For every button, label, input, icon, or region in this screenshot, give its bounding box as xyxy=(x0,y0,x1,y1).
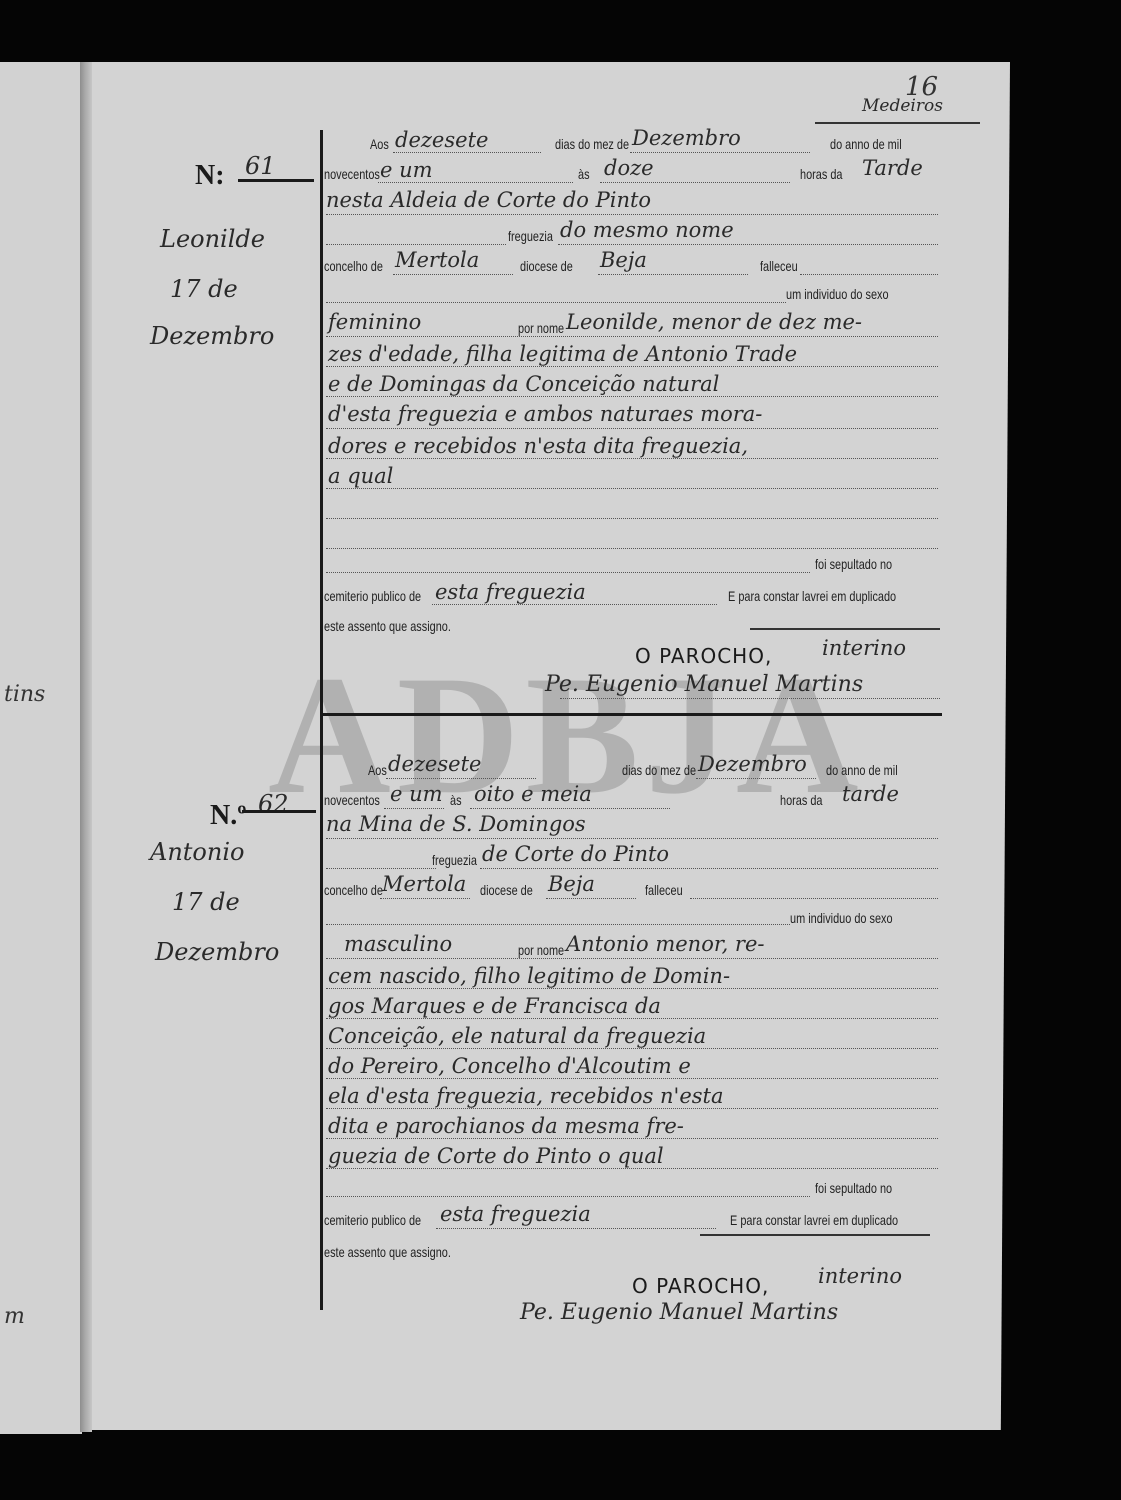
label-anno: do anno de mil xyxy=(826,762,898,778)
priest-signature: Pe. Eugenio Manuel Martins xyxy=(545,672,863,697)
record-text-line: Conceição, ele natural da freguezia xyxy=(328,1024,706,1048)
dotted-line xyxy=(326,396,938,397)
dotted-line xyxy=(326,838,938,839)
label-concelho: concelho de xyxy=(324,258,383,274)
label-sepultado: foi sepultado no xyxy=(815,556,892,572)
label-assento: este assento que assigno. xyxy=(324,618,451,634)
parish-value: do mesmo nome xyxy=(560,218,734,242)
dotted-line xyxy=(800,274,938,275)
dotted-line xyxy=(326,302,786,303)
label-individuo: um individuo do sexo xyxy=(786,286,889,302)
label-por-nome: por nome xyxy=(518,320,564,336)
label-cemiterio: cemiterio publico de xyxy=(324,1212,421,1228)
hour-value: oito e meia xyxy=(474,782,592,806)
sex-value: masculino xyxy=(344,932,452,956)
margin-month: Dezembro xyxy=(150,322,274,350)
record-text-line: cem nascido, filho legitimo de Domin- xyxy=(328,964,730,988)
dotted-line xyxy=(326,336,938,337)
dotted-line xyxy=(546,898,636,899)
record-text-line: d'esta freguezia e ambos naturaes mora- xyxy=(328,402,762,426)
label-constar: E para constar lavrei em duplicado xyxy=(730,1212,898,1228)
dotted-line xyxy=(326,548,938,549)
month-value: Dezembro xyxy=(632,126,741,150)
dotted-line xyxy=(326,428,938,429)
record-text-line: gos Marques e de Francisca da xyxy=(328,994,661,1018)
dotted-line xyxy=(326,366,938,367)
diocese-value: Beja xyxy=(600,248,647,272)
place-value: na Mina de S. Domingos xyxy=(326,812,586,836)
dotted-line xyxy=(470,808,670,809)
number-underline xyxy=(242,810,316,813)
label-as: às xyxy=(450,792,462,808)
dotted-line xyxy=(600,182,790,183)
folio-underline xyxy=(815,122,980,124)
margin-date: 17 de xyxy=(172,888,240,916)
margin-name: Antonio xyxy=(150,838,244,866)
label-horas: horas da xyxy=(800,166,842,182)
priest-signature: Pe. Eugenio Manuel Martins xyxy=(520,1300,838,1325)
dotted-line xyxy=(326,1078,938,1079)
label-novecentos: novecentos xyxy=(324,792,380,808)
record-text-line: e de Domingas da Conceição natural xyxy=(328,372,719,396)
number-underline xyxy=(238,179,314,182)
dotted-line xyxy=(378,182,573,183)
period-value: tarde xyxy=(842,782,899,806)
dotted-line xyxy=(326,1168,938,1169)
left-page-edge: tins m xyxy=(0,62,82,1434)
signature-rule xyxy=(750,628,940,630)
label-aos: Aos xyxy=(368,762,387,778)
dotted-line xyxy=(326,1138,938,1139)
label-freguezia: freguezia xyxy=(432,852,477,868)
label-falleceu: falleceu xyxy=(645,882,683,898)
dotted-line xyxy=(326,1196,810,1197)
cemetery-value: esta freguezia xyxy=(440,1202,591,1226)
record-text-line: dita e parochianos da mesma fre- xyxy=(328,1114,684,1138)
dotted-line xyxy=(560,698,940,699)
label-horas: horas da xyxy=(780,792,822,808)
dotted-line xyxy=(326,1018,938,1019)
record-number: 62 xyxy=(258,790,289,818)
record-number-label: N: xyxy=(195,160,225,192)
label-concelho: concelho de xyxy=(324,882,383,898)
left-page-signature-fragment: m xyxy=(4,1304,25,1329)
parocho-note: interino xyxy=(818,1264,902,1288)
label-anno: do anno de mil xyxy=(830,136,902,152)
record-text-line: zes d'edade, filha legitima de Antonio T… xyxy=(328,342,797,366)
dotted-line xyxy=(393,274,513,275)
label-sepultado: foi sepultado no xyxy=(815,1180,892,1196)
label-diocese: diocese de xyxy=(520,258,573,274)
year-value: e um xyxy=(390,782,443,806)
label-individuo: um individuo do sexo xyxy=(790,910,893,926)
dotted-line xyxy=(558,244,938,245)
dotted-line xyxy=(326,868,436,869)
record-text-line: do Pereiro, Concelho d'Alcoutim e xyxy=(328,1054,691,1078)
day-value: dezesete xyxy=(388,752,481,776)
dotted-line xyxy=(380,898,470,899)
period-value: Tarde xyxy=(862,156,923,180)
month-value: Dezembro xyxy=(698,752,807,776)
diocese-value: Beja xyxy=(548,872,595,896)
municipality-value: Mertola xyxy=(395,248,479,272)
dotted-line xyxy=(696,778,816,779)
dotted-line xyxy=(432,604,717,605)
dotted-line xyxy=(690,898,938,899)
day-value: dezesete xyxy=(395,128,488,152)
margin-month: Dezembro xyxy=(155,938,279,966)
name-value: Antonio menor, re- xyxy=(566,932,765,956)
sex-value: feminino xyxy=(328,310,421,334)
label-dias: dias do mez de xyxy=(555,136,629,152)
dotted-line xyxy=(326,988,938,989)
dotted-line xyxy=(630,152,810,153)
dotted-line xyxy=(393,152,541,153)
record-text-line: a qual xyxy=(328,464,393,488)
parocho-note: interino xyxy=(822,636,906,660)
name-value: Leonilde, menor de dez me- xyxy=(566,310,862,334)
label-falleceu: falleceu xyxy=(760,258,798,274)
record-number: 61 xyxy=(245,152,276,180)
record-text-line: dores e recebidos n'esta dita freguezia, xyxy=(328,434,748,458)
parocho-label: O PAROCHO, xyxy=(632,1274,769,1298)
record-number-label: N.º xyxy=(210,800,246,832)
dotted-line xyxy=(598,274,748,275)
signature-rule xyxy=(700,1234,930,1236)
dotted-line xyxy=(386,778,536,779)
label-cemiterio: cemiterio publico de xyxy=(324,588,421,604)
dotted-line xyxy=(326,214,938,215)
dotted-line xyxy=(326,958,938,959)
record-text-line: ela d'esta freguezia, recebidos n'esta xyxy=(328,1084,724,1108)
label-novecentos: novecentos xyxy=(324,166,380,182)
dotted-line xyxy=(326,244,506,245)
dotted-line xyxy=(436,1228,716,1229)
label-freguezia: freguezia xyxy=(508,228,553,244)
dotted-line xyxy=(326,1108,938,1109)
parocho-label: O PAROCHO, xyxy=(635,644,772,668)
dotted-line xyxy=(326,458,938,459)
dotted-line xyxy=(384,808,444,809)
dotted-line xyxy=(326,518,938,519)
cemetery-value: esta freguezia xyxy=(435,580,586,604)
label-por-nome: por nome xyxy=(518,942,564,958)
left-page-signature-fragment: tins xyxy=(4,682,45,707)
municipality-value: Mertola xyxy=(382,872,466,896)
dotted-line xyxy=(326,572,810,573)
record-separator xyxy=(322,713,942,716)
margin-rule xyxy=(320,130,323,1310)
label-constar: E para constar lavrei em duplicado xyxy=(728,588,896,604)
margin-date: 17 de xyxy=(170,275,238,303)
parish-value: de Corte do Pinto xyxy=(482,842,669,866)
hour-value: doze xyxy=(604,156,654,180)
label-diocese: diocese de xyxy=(480,882,533,898)
label-as: às xyxy=(578,166,590,182)
dotted-line xyxy=(326,924,790,925)
place-value: nesta Aldeia de Corte do Pinto xyxy=(326,188,651,212)
margin-name: Leonilde xyxy=(160,225,265,253)
year-value: e um xyxy=(380,158,433,182)
dotted-line xyxy=(326,1048,938,1049)
label-assento: este assento que assigno. xyxy=(324,1244,451,1260)
dotted-line xyxy=(480,868,938,869)
book-gutter xyxy=(80,62,92,1432)
label-dias: dias do mez de xyxy=(622,762,696,778)
label-aos: Aos xyxy=(370,136,389,152)
folio-signature: Medeiros xyxy=(862,96,943,116)
dotted-line xyxy=(326,488,938,489)
record-text-line: guezia de Corte do Pinto o qual xyxy=(328,1144,664,1168)
